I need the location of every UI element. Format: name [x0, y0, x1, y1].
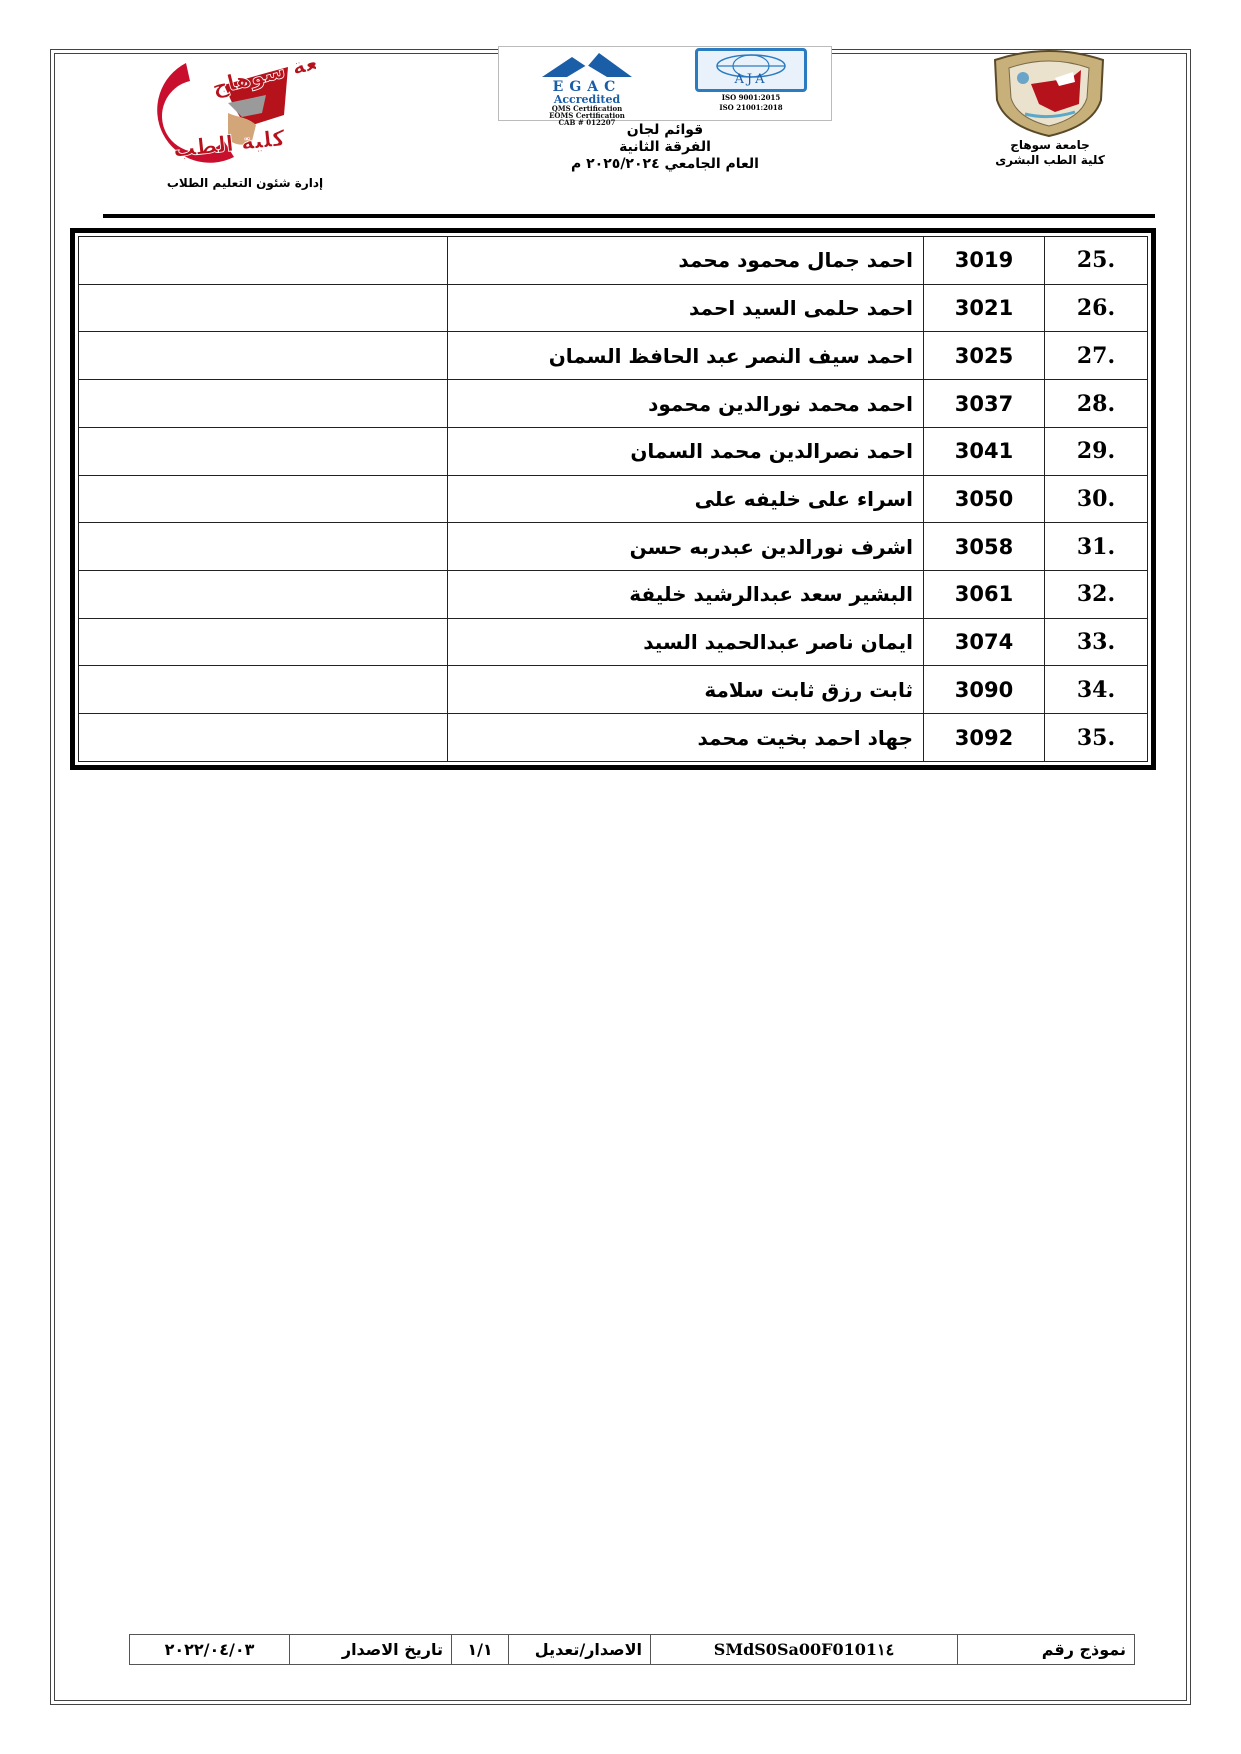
table-row: 34.3090ثابت رزق ثابت سلامة: [79, 666, 1148, 714]
department-name: إدارة شئون التعليم الطلاب: [130, 176, 360, 190]
student-name: اشرف نورالدين عبدربه حسن: [448, 523, 924, 571]
student-id: 3037: [924, 380, 1045, 428]
notes-cell: [79, 475, 448, 523]
table-row: 29.3041احمد نصرالدين محمد السمان: [79, 427, 1148, 475]
notes-cell: [79, 284, 448, 332]
table-row: 31.3058اشرف نورالدين عبدربه حسن: [79, 523, 1148, 571]
student-name: احمد حلمى السيد احمد: [448, 284, 924, 332]
student-id: 3025: [924, 332, 1045, 380]
student-id: 3050: [924, 475, 1045, 523]
row-number: 33.: [1045, 618, 1148, 666]
row-number: 31.: [1045, 523, 1148, 571]
student-id: 3090: [924, 666, 1045, 714]
title-line-academic-year: العام الجامعي ٢٠٢٥/٢٠٢٤ م: [480, 156, 850, 173]
aja-globe-icon: AJA: [695, 48, 807, 92]
student-id: 3019: [924, 237, 1045, 285]
notes-cell: [79, 380, 448, 428]
row-number: 32.: [1045, 571, 1148, 619]
row-number: 34.: [1045, 666, 1148, 714]
table-row: 35.3092جهاد احمد بخيت محمد: [79, 714, 1148, 762]
certifications-box: EGAC Accredited QMS Certification EOMS C…: [498, 46, 832, 121]
egac-mountain-icon: [537, 51, 637, 77]
student-name: ايمان ناصر عبدالحميد السيد: [448, 618, 924, 666]
title-line-year-group: الفرقة الثانية: [480, 139, 850, 156]
row-number: 26.: [1045, 284, 1148, 332]
university-name: جامعة سوهاج كلية الطب البشرى: [990, 138, 1110, 168]
table-row: 32.3061البشير سعد عبدالرشيد خليفة: [79, 571, 1148, 619]
student-name: احمد نصرالدين محمد السمان: [448, 427, 924, 475]
faculty-logo: جامعة سوهاج كلية الطب: [116, 55, 316, 165]
student-name: جهاد احمد بخيت محمد: [448, 714, 924, 762]
table-row: 25.3019احمد جمال محمود محمد: [79, 237, 1148, 285]
issue-date-label: تاريخ الاصدار: [290, 1635, 452, 1665]
row-number: 28.: [1045, 380, 1148, 428]
student-name: البشير سعد عبدالرشيد خليفة: [448, 571, 924, 619]
table-row: 30.3050اسراء على خليفه على: [79, 475, 1148, 523]
notes-cell: [79, 666, 448, 714]
row-number: 25.: [1045, 237, 1148, 285]
notes-cell: [79, 332, 448, 380]
row-number: 30.: [1045, 475, 1148, 523]
student-name: احمد سيف النصر عبد الحافظ السمان: [448, 332, 924, 380]
aja-badge: AJA ISO 9001:2015 ISO 21001:2018: [691, 48, 811, 112]
roster-table-border: 25.3019احمد جمال محمود محمد26.3021احمد ح…: [70, 228, 1156, 770]
table-row: 27.3025احمد سيف النصر عبد الحافظ السمان: [79, 332, 1148, 380]
student-id: 3041: [924, 427, 1045, 475]
version-label: الاصدار/تعديل: [509, 1635, 651, 1665]
notes-cell: [79, 237, 448, 285]
row-number: 27.: [1045, 332, 1148, 380]
student-name: احمد جمال محمود محمد: [448, 237, 924, 285]
form-number-value: SMdS0Sa00F0101١٤: [651, 1635, 958, 1665]
document-title: قوائم لجان الفرقة الثانية العام الجامعي …: [480, 122, 850, 173]
notes-cell: [79, 523, 448, 571]
header-divider: [103, 214, 1155, 218]
university-crest: [985, 48, 1113, 138]
student-id: 3021: [924, 284, 1045, 332]
table-row: 26.3021احمد حلمى السيد احمد: [79, 284, 1148, 332]
form-footer: نموذج رقم SMdS0Sa00F0101١٤ الاصدار/تعديل…: [129, 1634, 1135, 1665]
notes-cell: [79, 571, 448, 619]
student-id: 3058: [924, 523, 1045, 571]
table-row: 28.3037احمد محمد نورالدين محمود: [79, 380, 1148, 428]
student-name: احمد محمد نورالدين محمود: [448, 380, 924, 428]
student-id: 3061: [924, 571, 1045, 619]
table-row: 33.3074ايمان ناصر عبدالحميد السيد: [79, 618, 1148, 666]
roster-table: 25.3019احمد جمال محمود محمد26.3021احمد ح…: [78, 236, 1148, 762]
form-number-label: نموذج رقم: [958, 1635, 1135, 1665]
issue-date-value: ٢٠٢٢/٠٤/٠٣: [130, 1635, 290, 1665]
notes-cell: [79, 714, 448, 762]
row-number: 29.: [1045, 427, 1148, 475]
title-line-committees: قوائم لجان: [480, 122, 850, 139]
notes-cell: [79, 427, 448, 475]
notes-cell: [79, 618, 448, 666]
version-value: ١/١: [452, 1635, 509, 1665]
student-name: ثابت رزق ثابت سلامة: [448, 666, 924, 714]
student-id: 3074: [924, 618, 1045, 666]
row-number: 35.: [1045, 714, 1148, 762]
egac-badge: EGAC Accredited QMS Certification EOMS C…: [517, 51, 657, 126]
student-name: اسراء على خليفه على: [448, 475, 924, 523]
student-id: 3092: [924, 714, 1045, 762]
